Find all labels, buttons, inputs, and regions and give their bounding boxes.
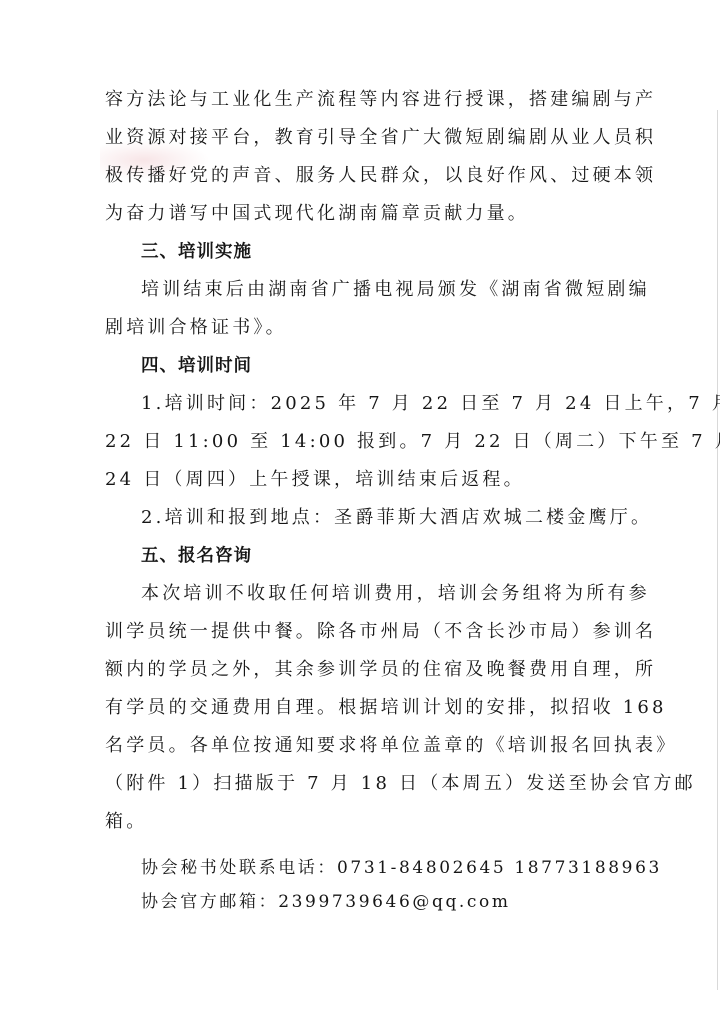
contact-phone: 协会秘书处联系电话：0731-84802645 18773188963 xyxy=(141,856,662,880)
section-heading-training-implementation: 三、培训实施 xyxy=(141,240,252,264)
document-page: 容方法论与工业化生产流程等内容进行授课，搭建编剧与产 业资源对接平台，教育引导全… xyxy=(0,0,720,1018)
paragraph-line: 额内的学员之外，其余参训学员的住宿及晚餐费用自理，所 xyxy=(105,658,656,682)
paragraph-line: 为奋力谱写中国式现代化湖南篇章贡献力量。 xyxy=(105,202,529,226)
paragraph-line: 本次培训不收取任何培训费用，培训会务组将为所有参 xyxy=(141,582,650,606)
section-heading-training-time: 四、培训时间 xyxy=(141,354,252,378)
paragraph-line: 1.培训时间：2025 年 7 月 22 日至 7 月 24 日上午，7 月 xyxy=(141,392,720,416)
paragraph-line: 剧培训合格证书》。 xyxy=(105,316,287,340)
paragraph-line: 极传播好党的声音、服务人民群众，以良好作风、过硬本领 xyxy=(105,164,656,188)
paragraph-line: 培训结束后由湖南省广播电视局颁发《湖南省微短剧编 xyxy=(141,278,650,302)
paragraph-line: 箱。 xyxy=(105,810,147,834)
paragraph-line: 业资源对接平台，教育引导全省广大微短剧编剧从业人员积 xyxy=(105,126,656,150)
paragraph-line: （附件 1）扫描版于 7 月 18 日（本周五）发送至协会官方邮 xyxy=(105,772,696,796)
paragraph-line: 容方法论与工业化生产流程等内容进行授课，搭建编剧与产 xyxy=(105,88,656,112)
paragraph-line: 2.培训和报到地点：圣爵菲斯大酒店欢城二楼金鹰厅。 xyxy=(141,506,652,530)
section-heading-registration-inquiry: 五、报名咨询 xyxy=(141,544,252,568)
paragraph-line: 22 日 11:00 至 14:00 报到。7 月 22 日（周二）下午至 7 … xyxy=(105,430,720,454)
paragraph-line: 有学员的交通费用自理。根据培训计划的安排，拟招收 168 xyxy=(105,696,667,720)
scan-edge-line xyxy=(717,110,718,990)
paragraph-line: 训学员统一提供中餐。除各市州局（不含长沙市局）参训名 xyxy=(105,620,656,644)
paragraph-line: 名学员。各单位按通知要求将单位盖章的《培训报名回执表》 xyxy=(105,734,677,758)
contact-email: 协会官方邮箱：2399739646@qq.com xyxy=(141,890,511,914)
paragraph-line: 24 日（周四）上午授课，培训结束后返程。 xyxy=(105,468,525,492)
